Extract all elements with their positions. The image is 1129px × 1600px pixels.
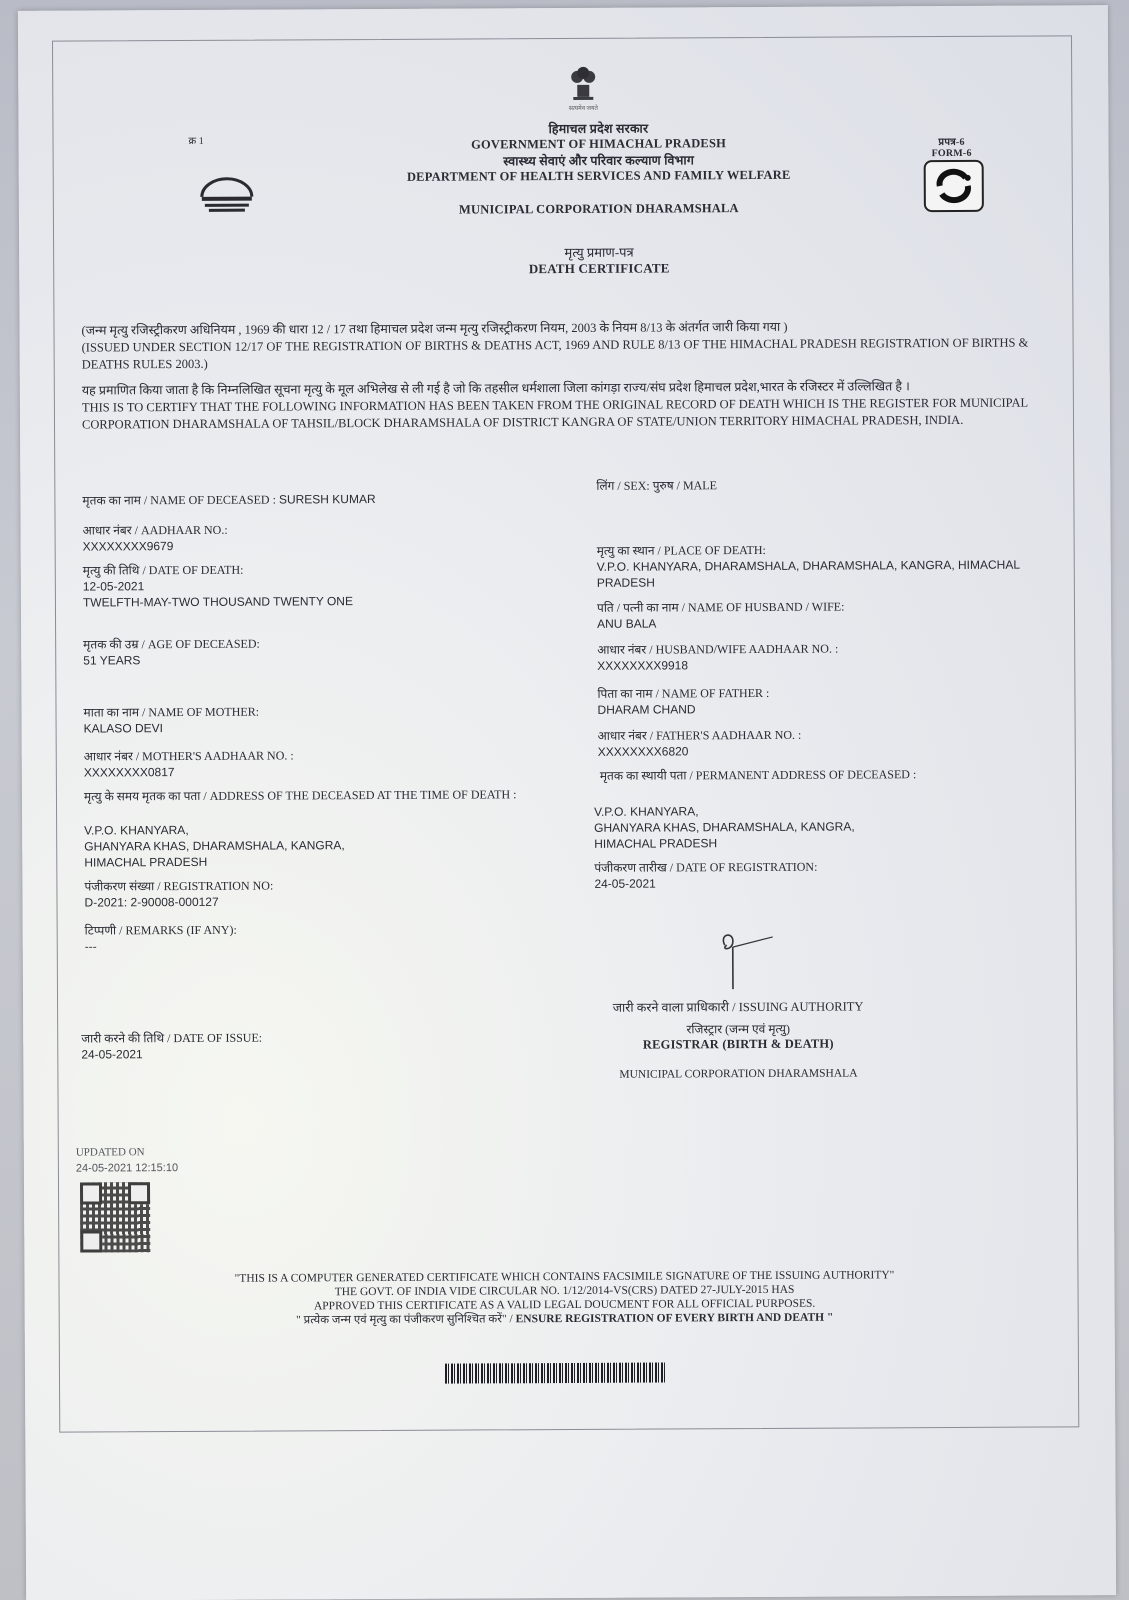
deceased-name-label: मृतक का नाम / NAME OF DECEASED : xyxy=(82,493,279,508)
corporation-heading: MUNICIPAL CORPORATION DHARAMSHALA xyxy=(359,201,839,219)
signature-icon xyxy=(713,927,793,997)
age-value: 51 YEARS xyxy=(83,652,260,669)
permanent-address: V.P.O. KHANYARA, GHANYARA KHAS, DHARAMSH… xyxy=(594,802,855,851)
header-block: हिमाचल प्रदेश सरकार GOVERNMENT OF HIMACH… xyxy=(358,119,839,279)
regdate-label: पंजीकरण तारीख / DATE OF REGISTRATION: xyxy=(594,859,817,876)
registration-date-field: पंजीकरण तारीख / DATE OF REGISTRATION: 24… xyxy=(594,859,817,892)
regdate-value: 24-05-2021 xyxy=(594,875,817,892)
himachal-logo-icon xyxy=(197,175,257,215)
serial-hi: क्र 1 xyxy=(189,136,204,148)
dept-english: DEPARTMENT OF HEALTH SERVICES AND FAMILY… xyxy=(359,168,839,186)
remarks-value: --- xyxy=(85,938,237,955)
death-address-label: मृत्यु के समय मृतक का पता / ADDRESS OF T… xyxy=(84,786,517,804)
sex-value: पुरुष / MALE xyxy=(653,478,717,492)
certify-english: THIS IS TO CERTIFY THAT THE FOLLOWING IN… xyxy=(82,394,1067,433)
death-address: V.P.O. KHANYARA, GHANYARA KHAS, DHARAMSH… xyxy=(84,821,345,870)
remarks-field: टिप्पणी / REMARKS (IF ANY): --- xyxy=(85,922,237,955)
barcode-icon xyxy=(445,1362,665,1383)
issued-english: (ISSUED UNDER SECTION 12/17 OF THE REGIS… xyxy=(82,334,1067,373)
mother-name-field: माता का नाम / NAME OF MOTHER: KALASO DEV… xyxy=(83,704,259,737)
sex-field: लिंग / SEX: पुरुष / MALE xyxy=(596,477,717,494)
spouse-label: पति / पत्नी का नाम / NAME OF HUSBAND / W… xyxy=(597,599,845,616)
death-address-line: HIMACHAL PRADESH xyxy=(84,853,345,870)
deceased-name-field: मृतक का नाम / NAME OF DECEASED : SURESH … xyxy=(82,491,375,509)
age-field: मृतक की उम्र / AGE OF DECEASED: 51 YEARS xyxy=(83,636,260,669)
dod-words: TWELFTH-MAY-TWO THOUSAND TWENTY ONE xyxy=(83,593,353,610)
regno-value: D-2021: 2-90008-000127 xyxy=(84,894,273,911)
issue-date-value: 24-05-2021 xyxy=(81,1046,262,1063)
form-number: प्रपत्र-6 FORM-6 xyxy=(914,134,990,159)
mother-aadhaar-field: आधार नंबर / MOTHER'S AADHAAR NO. : XXXXX… xyxy=(84,747,294,780)
deceased-name-value: SURESH KUMAR xyxy=(279,492,376,507)
father-value: DHARAM CHAND xyxy=(597,701,769,718)
death-address-line: GHANYARA KHAS, DHARAMSHALA, KANGRA, xyxy=(84,837,345,854)
registrar-english: REGISTRAR (BIRTH & DEATH) xyxy=(578,1036,898,1053)
emblem-motto: सत्यमेव जयते xyxy=(558,104,608,112)
dod-value: 12-05-2021 xyxy=(83,577,353,594)
issued-under-text: (जन्म मृत्यु रजिस्ट्रीकरण अधिनियम , 1969… xyxy=(81,317,1066,373)
sex-label: लिंग / SEX: xyxy=(596,479,652,493)
date-of-death-field: मृत्यु की तिथि / DATE OF DEATH: 12-05-20… xyxy=(83,561,353,610)
mother-aadhaar-value: XXXXXXXX0817 xyxy=(84,763,294,780)
crs-logo-icon xyxy=(924,160,984,212)
father-label: पिता का नाम / NAME OF FATHER : xyxy=(597,685,769,702)
slogan-english: ENSURE REGISTRATION OF EVERY BIRTH AND D… xyxy=(516,1312,834,1326)
aadhaar-field: आधार नंबर / AADHAAR NO.: XXXXXXXX9679 xyxy=(83,522,228,555)
aadhaar-value: XXXXXXXX9679 xyxy=(83,538,228,555)
serial-number: क्र 1 xyxy=(189,136,204,148)
spouse-name-field: पति / पत्नी का नाम / NAME OF HUSBAND / W… xyxy=(597,599,845,632)
mother-name-label: माता का नाम / NAME OF MOTHER: xyxy=(83,704,259,721)
issue-date-label: जारी करने की तिथि / DATE OF ISSUE: xyxy=(81,1030,262,1047)
permanent-address-line: V.P.O. KHANYARA, xyxy=(594,802,855,819)
slogan-hindi: " प्रत्येक जन्म एवं मृत्यु का पंजीकरण सु… xyxy=(296,1313,516,1326)
permanent-address-line: HIMACHAL PRADESH xyxy=(594,834,855,851)
registration-number-field: पंजीकरण संख्या / REGISTRATION NO: D-2021… xyxy=(84,878,273,911)
updated-on-field: UPDATED ON 24-05-2021 12:15:10 xyxy=(76,1144,178,1177)
spouse-aadhaar-value: XXXXXXXX9918 xyxy=(597,657,838,674)
father-aadhaar-label: आधार नंबर / FATHER'S AADHAAR NO. : xyxy=(598,727,802,744)
father-name-field: पिता का नाम / NAME OF FATHER : DHARAM CH… xyxy=(597,685,769,718)
regno-label: पंजीकरण संख्या / REGISTRATION NO: xyxy=(84,878,273,895)
remarks-label: टिप्पणी / REMARKS (IF ANY): xyxy=(85,922,237,939)
father-aadhaar-field: आधार नंबर / FATHER'S AADHAAR NO. : XXXXX… xyxy=(598,727,802,760)
death-address-line: V.P.O. KHANYARA, xyxy=(84,821,345,838)
spouse-aadhaar-field: आधार नंबर / HUSBAND/WIFE AADHAAR NO. : X… xyxy=(597,641,838,674)
mother-name-value: KALASO DEVI xyxy=(84,720,260,737)
form-hindi: प्रपत्र-6 xyxy=(914,134,990,148)
national-emblem-icon xyxy=(563,63,603,103)
qr-code-icon xyxy=(80,1182,150,1252)
place-value-cont: PRADESH xyxy=(597,573,1020,591)
spouse-value: ANU BALA xyxy=(597,615,845,632)
footer-note: "THIS IS A COMPUTER GENERATED CERTIFICAT… xyxy=(164,1268,964,1328)
permanent-address-line: GHANYARA KHAS, DHARAMSHALA, KANGRA, xyxy=(594,818,855,835)
authority-corporation: MUNICIPAL CORPORATION DHARAMSHALA xyxy=(578,1065,898,1083)
father-aadhaar-value: XXXXXXXX6820 xyxy=(598,743,802,760)
spouse-aadhaar-label: आधार नंबर / HUSBAND/WIFE AADHAAR NO. : xyxy=(597,641,838,658)
registrar-hindi: रजिस्ट्रार (जन्म एवं मृत्यु) xyxy=(578,1020,898,1038)
authority-label: जारी करने वाला प्राधिकारी / ISSUING AUTH… xyxy=(578,998,898,1016)
title-english: DEATH CERTIFICATE xyxy=(359,260,839,279)
updated-label: UPDATED ON xyxy=(76,1144,178,1161)
mother-aadhaar-label: आधार नंबर / MOTHER'S AADHAAR NO. : xyxy=(84,747,294,764)
date-of-issue-field: जारी करने की तिथि / DATE OF ISSUE: 24-05… xyxy=(81,1030,262,1063)
certify-text: यह प्रमाणित किया जाता है कि निम्नलिखित स… xyxy=(82,377,1067,433)
age-label: मृतक की उम्र / AGE OF DECEASED: xyxy=(83,636,260,653)
updated-value: 24-05-2021 12:15:10 xyxy=(76,1160,178,1177)
certificate-sheet: सत्यमेव जयते क्र 1 हिमाचल प्रदेश सरकार G… xyxy=(18,5,1116,1600)
issuing-authority-block: जारी करने वाला प्राधिकारी / ISSUING AUTH… xyxy=(578,998,898,1083)
place-of-death-field: मृत्यु का स्थान / PLACE OF DEATH: V.P.O.… xyxy=(597,541,1020,591)
place-value: V.P.O. KHANYARA, DHARAMSHALA, DHARAMSHAL… xyxy=(597,557,1020,575)
dod-label: मृत्यु की तिथि / DATE OF DEATH: xyxy=(83,561,353,578)
form-english: FORM-6 xyxy=(914,148,990,159)
aadhaar-label: आधार नंबर / AADHAAR NO.: xyxy=(83,522,228,539)
permanent-address-label: मृतक का स्थायी पता / PERMANENT ADDRESS O… xyxy=(600,766,916,784)
